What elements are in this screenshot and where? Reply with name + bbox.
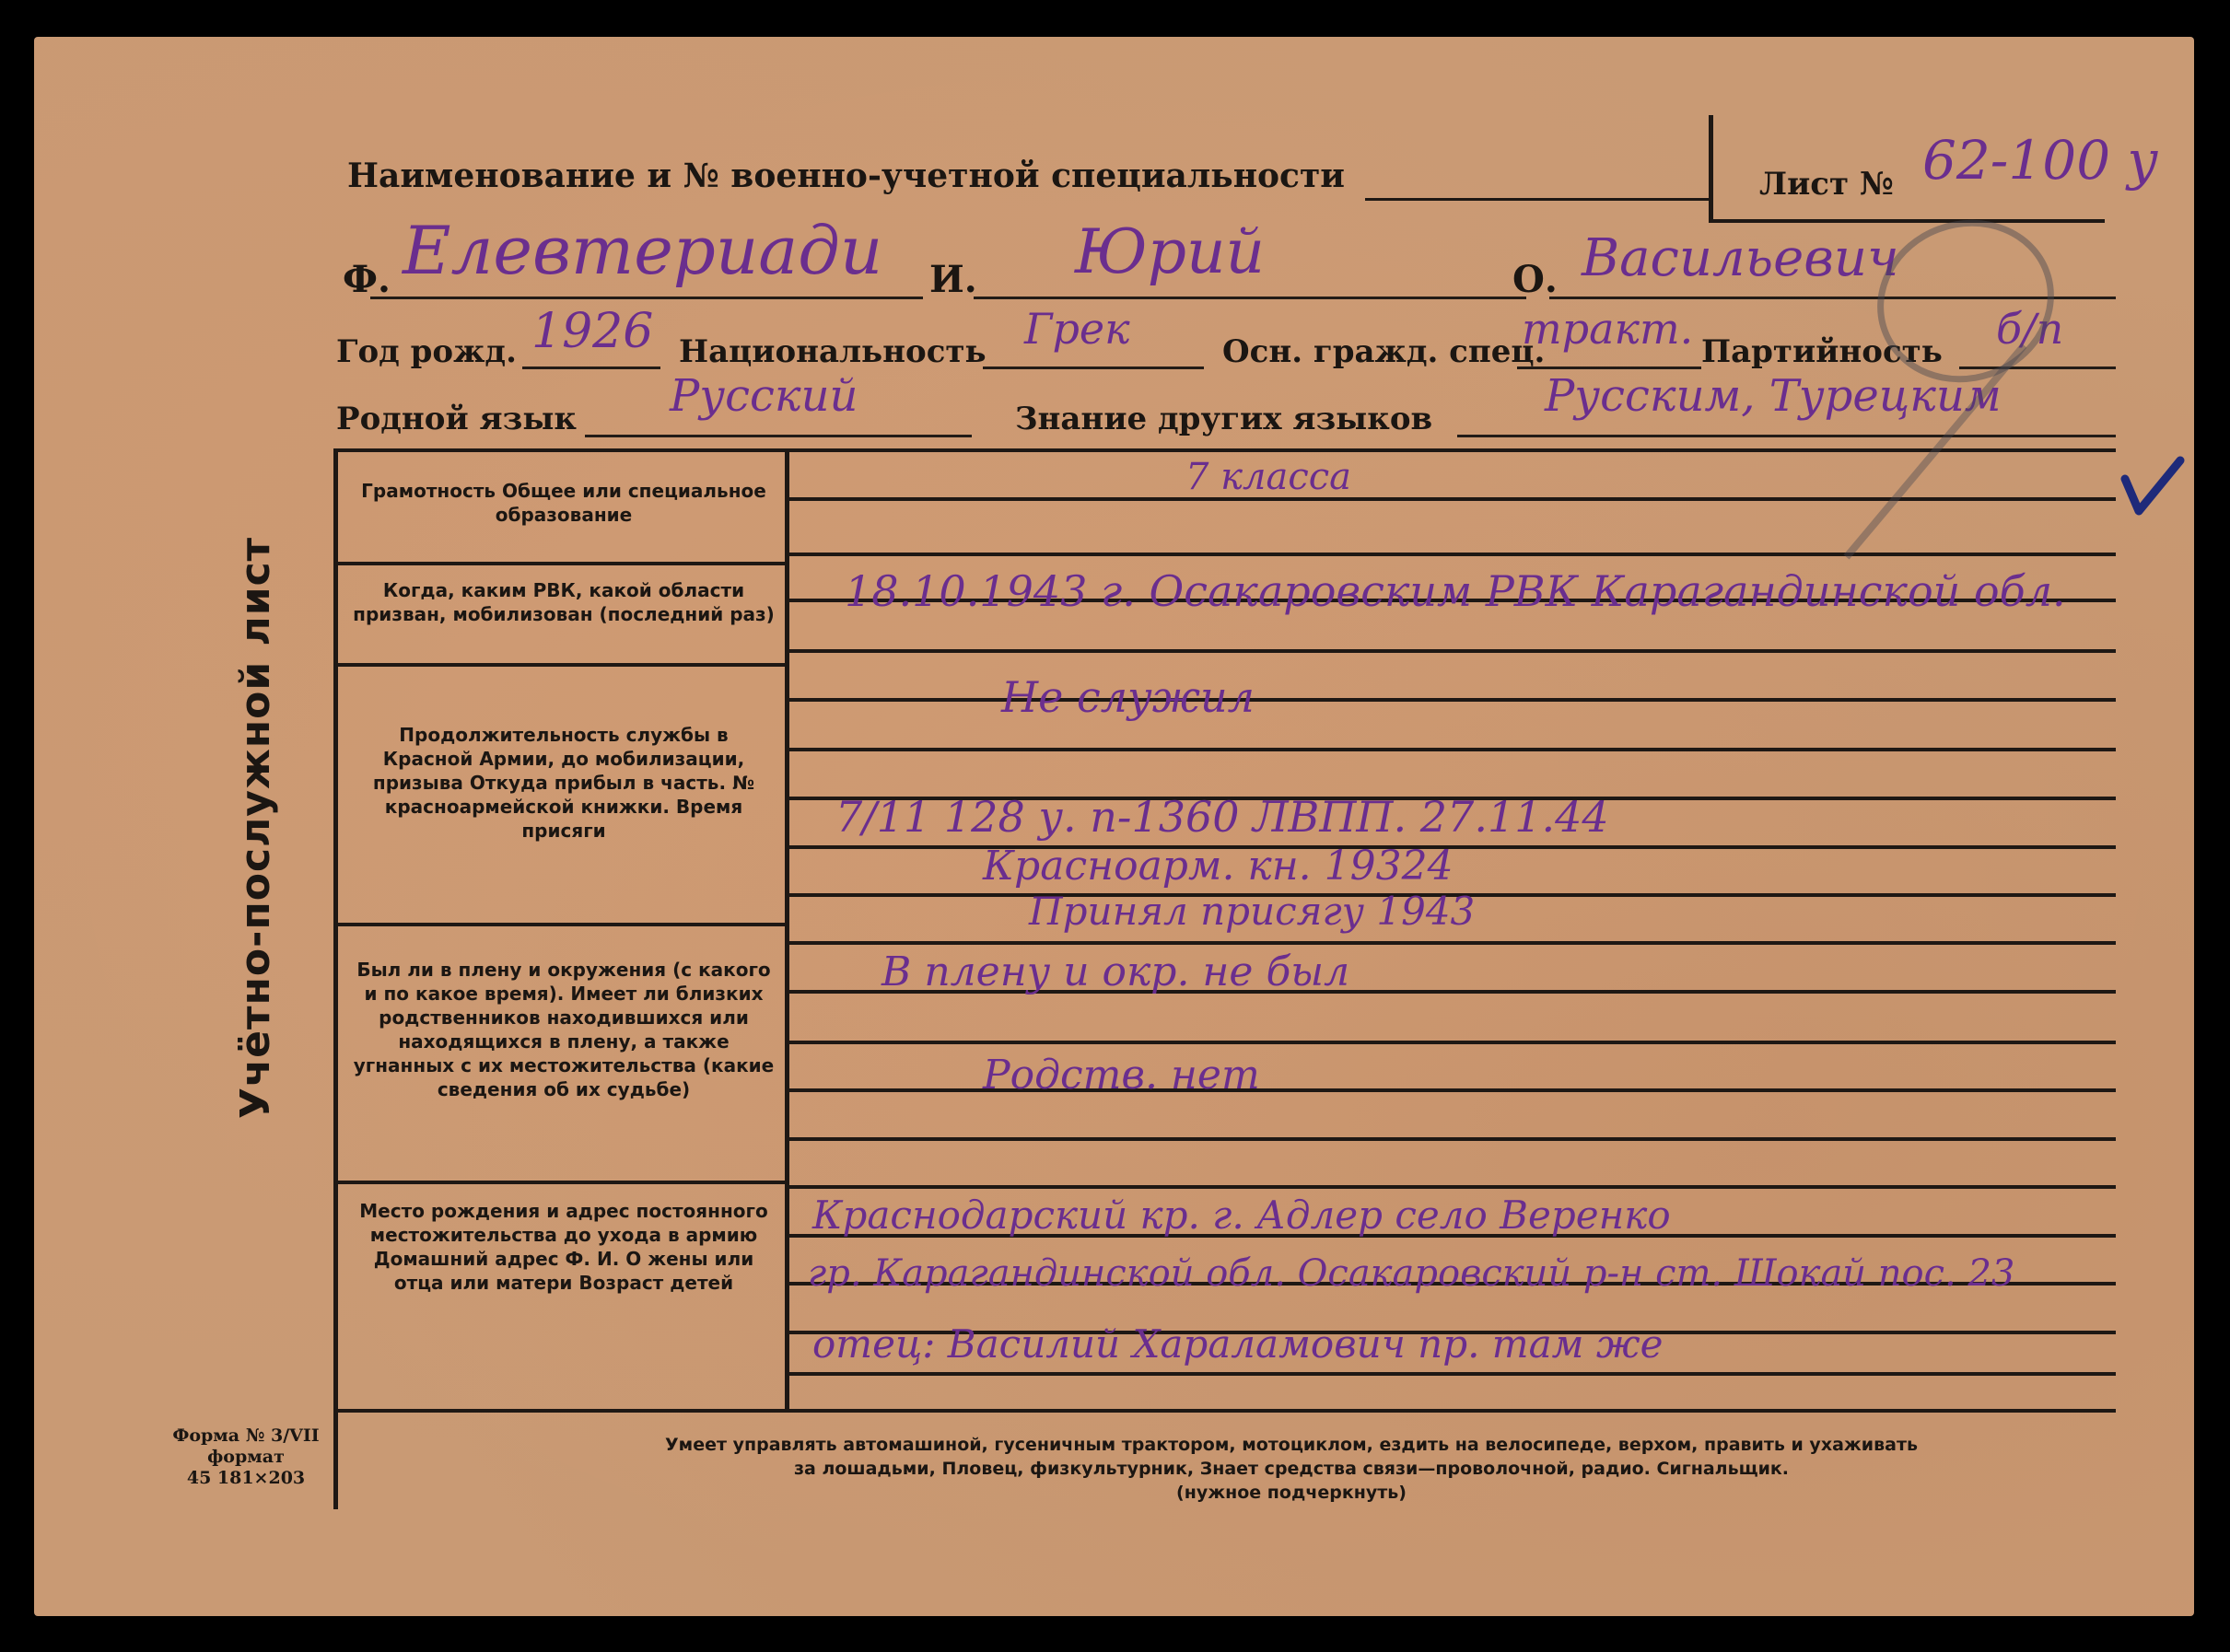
entry-line — [789, 698, 2116, 702]
entry-line — [789, 1137, 2116, 1141]
row-label-service: Продолжительность службы в Красной Армии… — [352, 723, 776, 843]
row-label-education: Грамотность Общее или специальное образо… — [352, 479, 776, 527]
address-entry-1: Краснодарский кр. г. Адлер село Веренко — [812, 1192, 1671, 1238]
birth-year-value: 1926 — [531, 304, 653, 359]
entry-line — [789, 1372, 2116, 1376]
entry-line — [789, 497, 2116, 501]
row-divider — [338, 562, 785, 565]
patronymic-label: О. — [1512, 258, 1558, 301]
nationality-field-line — [983, 366, 1204, 369]
entry-line — [789, 1041, 2116, 1044]
surname-field-line — [370, 297, 923, 299]
captivity-entry-1: В плену и окр. не был — [881, 948, 1349, 995]
native-language-value: Русский — [670, 370, 858, 422]
other-languages-label: Знание других языков — [1015, 401, 1432, 437]
entry-line — [789, 649, 2116, 653]
nationality-value: Грек — [1024, 304, 1130, 354]
form-number: Форма № 3/VII — [126, 1425, 366, 1447]
civil-specialty-value: тракт. — [1522, 304, 1693, 354]
patronymic-value: Васильевич — [1582, 228, 1899, 288]
surname-value: Елевтериади — [403, 212, 882, 289]
specialty-label: Наименование и № военно-учетной специаль… — [347, 157, 1345, 195]
table-top-border — [333, 448, 2116, 452]
address-entry-2: гр. Карагандинской обл. Осакаровский р-н… — [808, 1252, 2014, 1295]
service-entry-1: Не служил — [1001, 672, 1255, 722]
check-mark-icon — [2120, 456, 2185, 520]
surname-label: Ф. — [343, 258, 391, 301]
conscription-entry: 18.10.1943 г. Осакаровским РВК Караганди… — [845, 566, 2066, 616]
name-label: И. — [929, 258, 977, 301]
entry-line — [789, 553, 2116, 556]
entry-line — [789, 1185, 2116, 1189]
row-divider — [338, 663, 785, 667]
nationality-label: Национальность — [679, 333, 987, 370]
format-label: формат — [126, 1447, 366, 1468]
birth-year-field-line — [522, 366, 660, 369]
sheet-box-left-border — [1709, 115, 1713, 221]
native-language-field-line — [585, 435, 972, 437]
native-language-label: Родной язык — [336, 401, 577, 437]
row-label-address: Место рождения и адрес постоянного место… — [352, 1199, 776, 1295]
service-entry-2: 7/11 128 у. п-1360 ЛВПП. 27.11.44 — [835, 792, 1609, 842]
form-title: Учётно-послужной лист — [232, 537, 279, 1119]
service-record-sheet: Наименование и № военно-учетной специаль… — [34, 37, 2194, 1616]
other-languages-field-line — [1457, 435, 2116, 437]
name-value: Юрий — [1075, 216, 1265, 287]
service-entry-4: Принял присягу 1943 — [1029, 889, 1475, 934]
captivity-entry-2: Родств. нет — [983, 1052, 1260, 1099]
row-divider — [338, 1181, 785, 1184]
format-size: 45 181×203 — [126, 1468, 366, 1489]
sheet-box-bottom-border — [1709, 219, 2105, 223]
civil-specialty-field-line — [1517, 366, 1701, 369]
birth-year-label: Год рожд. — [336, 333, 517, 370]
sheet-number-value: 62-100 у — [1922, 129, 2158, 192]
table-bottom-border — [333, 1409, 2116, 1413]
skills-line-2: за лошадьми, Пловец, физкультурник, Знае… — [439, 1457, 2143, 1481]
service-entry-3: Красноарм. кн. 19324 — [983, 843, 1454, 890]
form-number-block: Форма № 3/VII формат 45 181×203 — [126, 1425, 366, 1489]
name-field-line — [974, 297, 1526, 299]
skills-note: (нужное подчеркнуть) — [439, 1481, 2143, 1505]
row-label-conscription: Когда, каким РВК, какой области призван,… — [352, 578, 776, 626]
entry-line — [789, 748, 2116, 751]
row-label-captivity: Был ли в плену и окружения (с какого и п… — [352, 958, 776, 1101]
entry-line — [789, 941, 2116, 945]
civil-specialty-label: Осн. гражд. спец. — [1222, 333, 1545, 370]
specialty-field-line — [1365, 198, 1710, 201]
skills-footer: Умеет управлять автомашиной, гусеничным … — [439, 1433, 2143, 1505]
skills-line-1: Умеет управлять автомашиной, гусеничным … — [439, 1433, 2143, 1457]
table-column-divider — [785, 448, 789, 1411]
row-divider — [338, 923, 785, 926]
address-entry-3: отец: Василий Хараламович пр. там же — [812, 1321, 1663, 1367]
table-left-border — [333, 448, 338, 1509]
education-entry: 7 класса — [1185, 456, 1351, 498]
sheet-number-label: Лист № — [1759, 166, 1894, 203]
